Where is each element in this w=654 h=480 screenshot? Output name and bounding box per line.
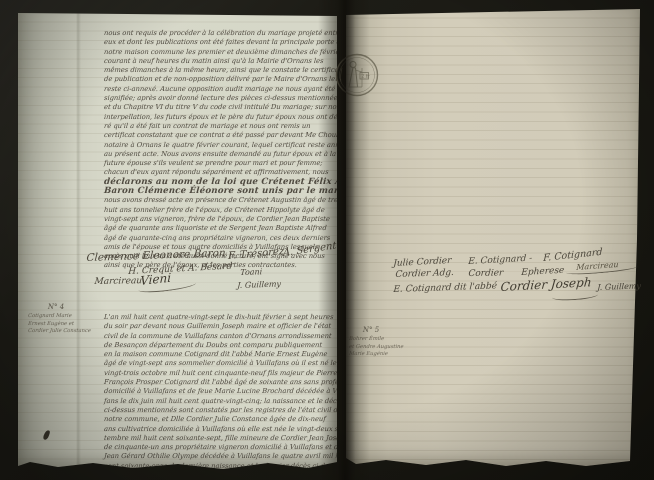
margin-note-line: Ernest Eugène et <box>28 321 85 329</box>
handwritten-line: âgé de quarante-cinq ans propriétaire vi… <box>104 234 337 243</box>
handwritten-line: âgé de quarante ans liquoriste et de Ser… <box>104 224 337 233</box>
handwritten-line: huit ans tonnelier frère de l'époux, de … <box>104 206 337 215</box>
margin-note-line: et Gendre Augustine <box>349 344 394 352</box>
signature: Toani <box>240 267 262 277</box>
margin-note-line: Bohrer Émile <box>349 336 394 344</box>
handwritten-line: reste ci-annexé. Aucune opposition audit… <box>104 85 337 94</box>
left-page: nous ont requis de procéder à la célébra… <box>18 13 337 470</box>
handwritten-line: nous ont requis de procéder à la célébra… <box>104 29 337 38</box>
handwritten-line: François Prosper Cotignard dit l'abbé âg… <box>104 378 337 387</box>
handwritten-line: cent soixante-onze; la dernière naissanc… <box>104 462 337 470</box>
handwritten-line: âgé de vingt-sept ans sommelier domicili… <box>104 359 337 368</box>
handwritten-line: Jean Gérard Othilie Olympe décédée à Vui… <box>104 452 337 461</box>
signature: Marcireau <box>94 276 142 287</box>
signature: Cordier <box>468 268 504 279</box>
margin-note-act-5: N° 5 Bohrer Émile et Gendre Augustine Ma… <box>349 326 393 359</box>
handwritten-line: Baron Clémence Éléonore sont unis par le… <box>104 187 337 196</box>
handwritten-line: fans le dix juin mil huit cent quatre-vi… <box>104 397 337 406</box>
signature: Cordier Adg. <box>395 268 454 280</box>
ink-blot-mark <box>43 429 51 440</box>
handwritten-line: tembre mil huit cent soixante-sept, fill… <box>104 434 337 443</box>
handwritten-line: notre maison commune les premier et deux… <box>104 48 337 57</box>
handwritten-line: ans cultivatrice domiciliée à Vuillafans… <box>104 425 337 434</box>
signature: J. Guillemy <box>237 279 281 290</box>
handwritten-line: de publication et de non-opposition déli… <box>104 75 337 84</box>
margin-note-line: Marie Eugénie <box>349 351 394 359</box>
stamp-value: 2 fr <box>361 74 370 80</box>
handwritten-line: au présent acte. Nous avons ensuite dema… <box>104 150 337 159</box>
handwritten-line: certificat constatant que ce contrat a é… <box>104 131 337 140</box>
handwritten-line: de Besançon département du Doubs ont com… <box>104 341 337 350</box>
margin-note-line: Cotignard Marie <box>28 313 85 321</box>
handwritten-line: notre commune, et Dlle Cordier Julie Con… <box>104 415 337 424</box>
margin-note-act-4: N° 4 Cotignard Marie Ernest Eugène et Co… <box>28 303 84 336</box>
act-number: N° 5 <box>349 326 393 334</box>
act-number: N° 4 <box>28 303 84 311</box>
handwritten-line: eux et dont les publications ont été fai… <box>104 38 337 47</box>
handwritten-line: courant à neuf heures du matin ainsi qu'… <box>104 57 337 66</box>
margin-note-line: Cordier Julie Constance <box>28 328 85 336</box>
handwritten-line: ré qu'il a été fait un contrat de mariag… <box>104 122 337 131</box>
handwritten-line: interpellation, les futurs époux et le p… <box>104 113 337 122</box>
handwritten-line: signifiée; après avoir donné lecture des… <box>104 94 337 103</box>
handwritten-line: domicilié à Vuillafans et de feue Marie … <box>104 387 337 396</box>
handwritten-line: civil de la commune de Vuillafans canton… <box>104 332 337 341</box>
handwritten-line: notaire à Ornans le quatre février coura… <box>104 141 337 150</box>
handwritten-line: L'an mil huit cent quatre-vingt-sept le … <box>104 313 337 322</box>
signature: J. Guillemy <box>597 281 641 292</box>
act-3-closing-paragraph: nous ont requis de procéder à la célébra… <box>104 29 337 271</box>
right-page: tionnés sont également constatés par les… <box>346 9 642 470</box>
register-photo: nous ont requis de procéder à la célébra… <box>0 0 654 480</box>
handwritten-line: du soir par devant nous Guillemin Joseph… <box>104 322 337 331</box>
fiscal-stamp-icon: 2 fr <box>334 52 380 98</box>
act-4-opening-paragraph: L'an mil huit cent quatre-vingt-sept le … <box>104 313 337 470</box>
handwritten-line: ci-dessus mentionnés sont constatés par … <box>104 406 337 415</box>
handwritten-line: nous avons dressé acte en présence de Cr… <box>104 196 337 205</box>
handwritten-line: et du Chapitre VI du titre V du code civ… <box>104 103 337 112</box>
handwritten-line: vingt-sept ans vigneron, frère de l'épou… <box>104 215 337 224</box>
handwritten-line: vingt-trois octobre mil huit cent cinqua… <box>104 369 337 378</box>
